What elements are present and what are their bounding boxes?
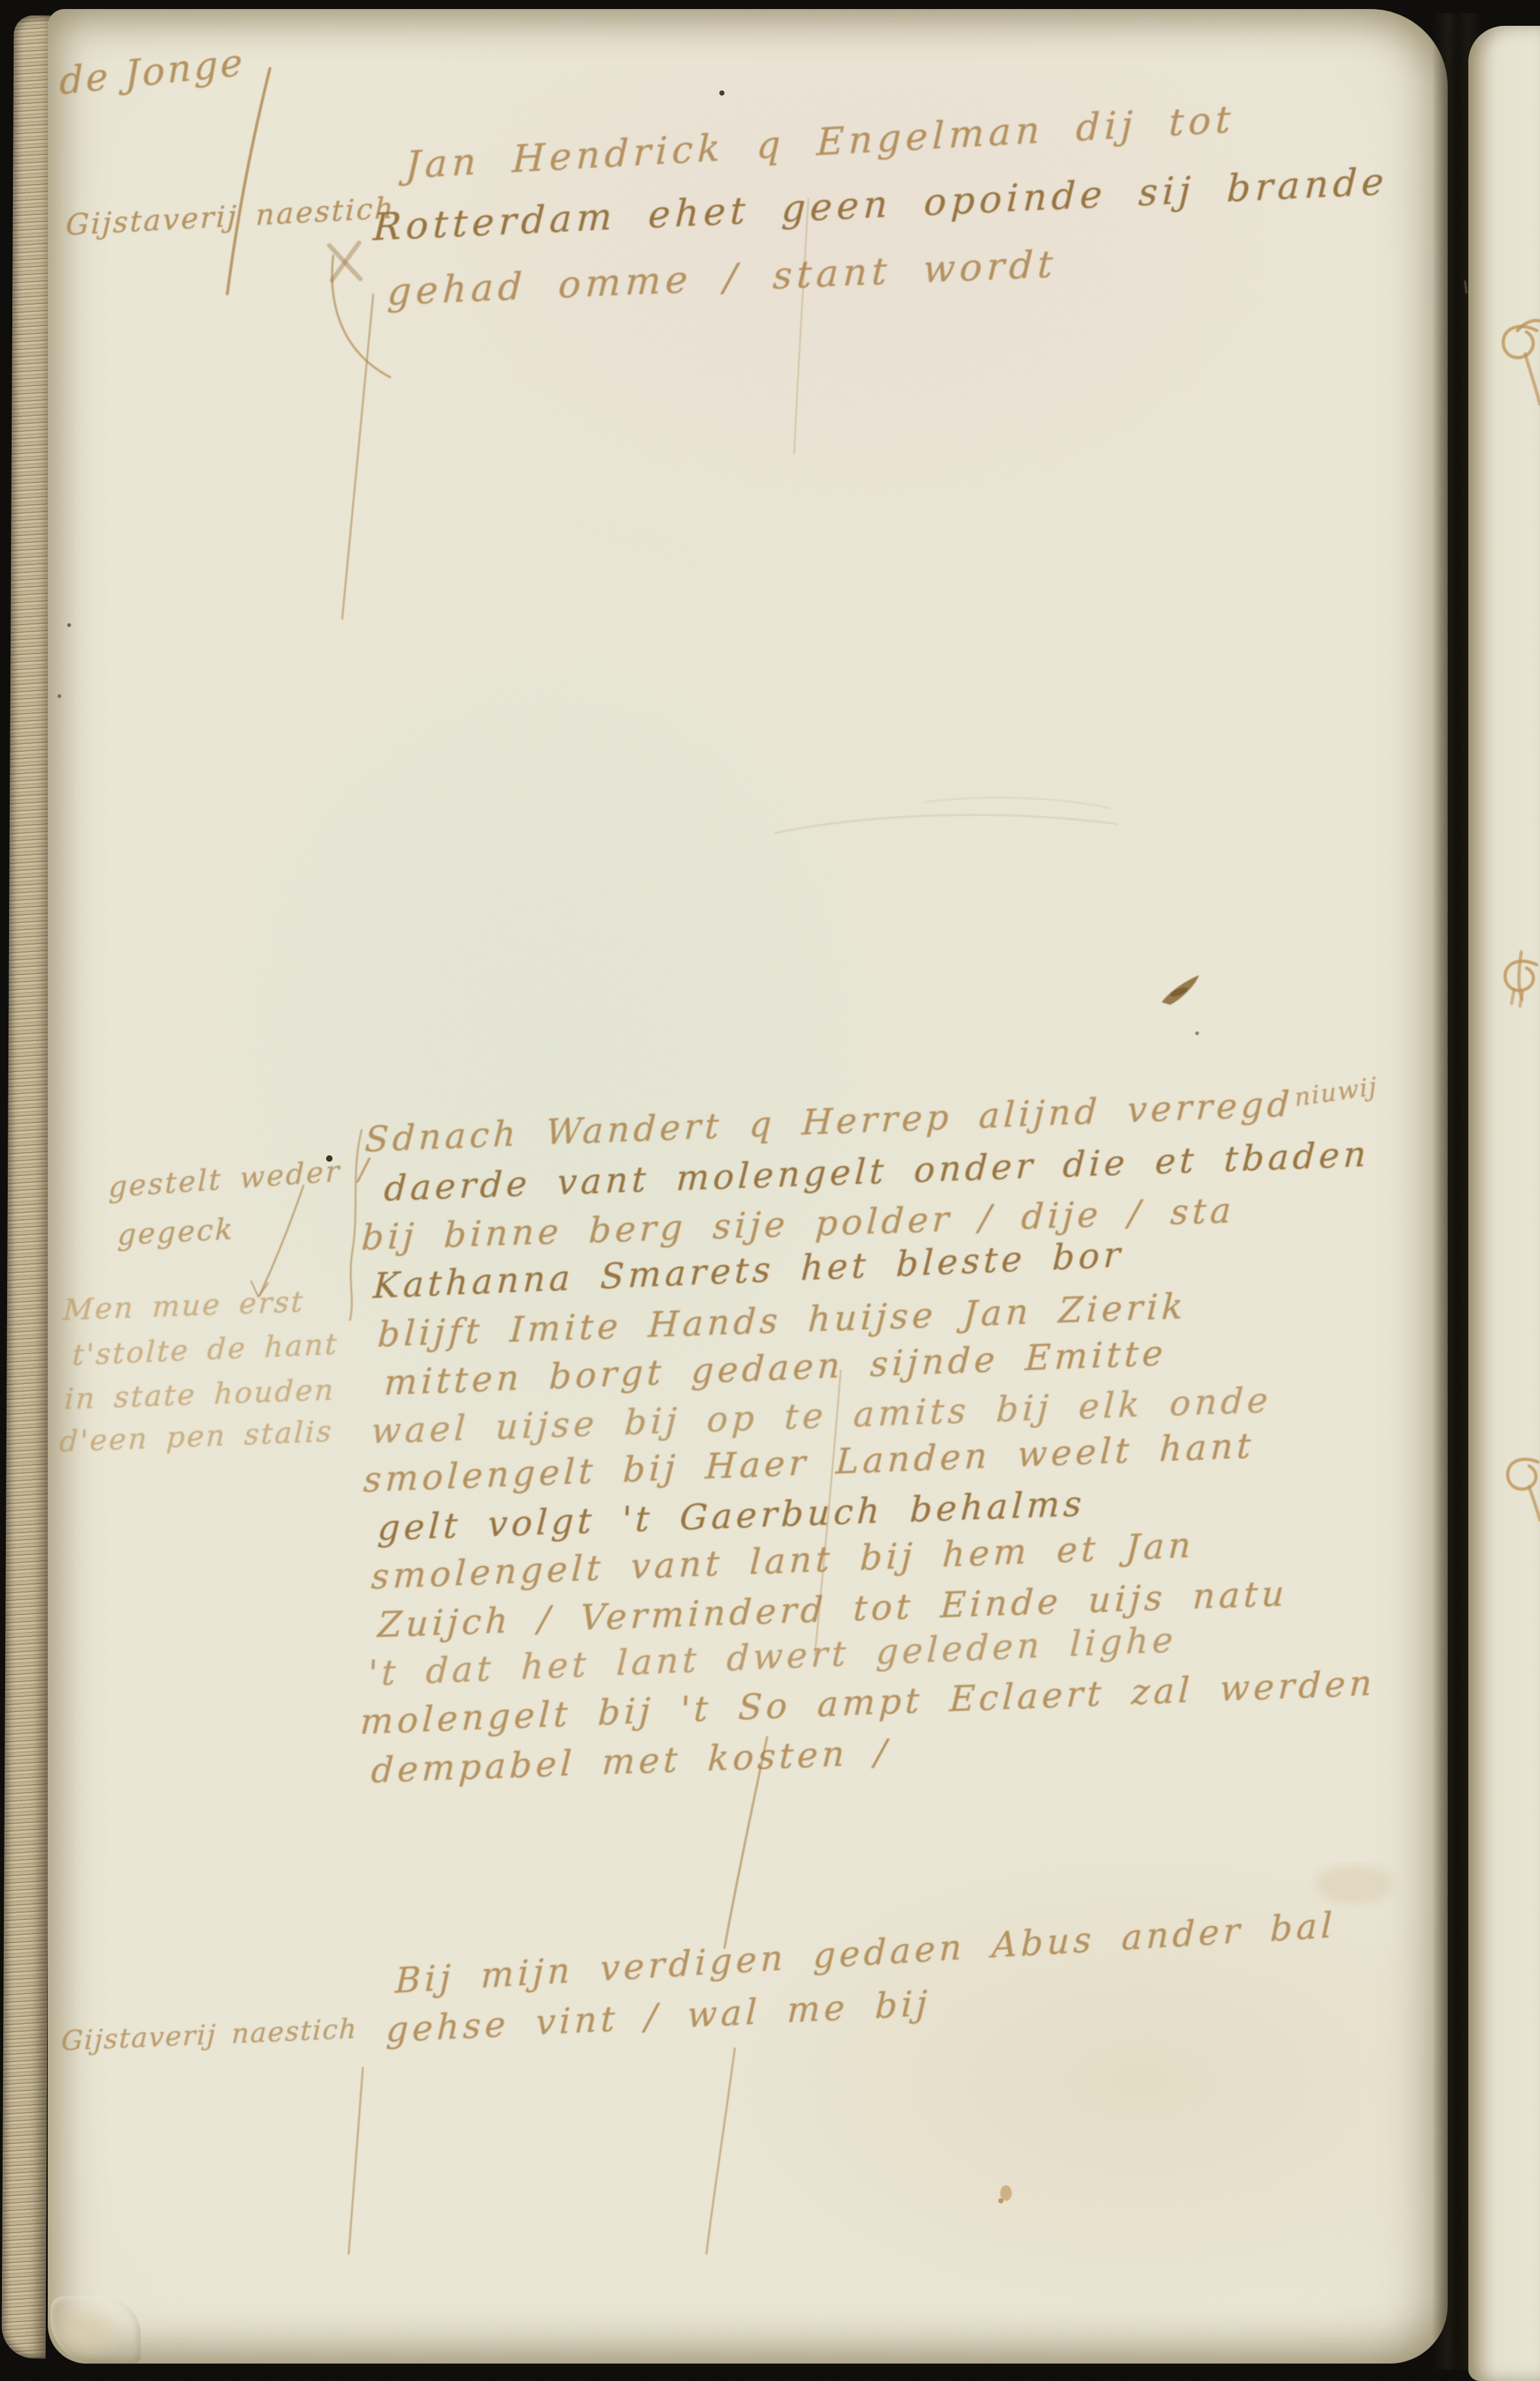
fox-spot (998, 2198, 1003, 2203)
dark-speck (719, 90, 724, 96)
soft-stain (1316, 1865, 1393, 1904)
dark-speck (57, 694, 61, 698)
margin-note: gegeck (117, 1211, 235, 1252)
manuscript-photo: de Jonge Gijstaverij naestich Jan Hendri… (0, 0, 1540, 2381)
dark-speck (67, 623, 71, 627)
gutter-ink-tick (1465, 282, 1466, 293)
cutoff-ink-mark (1503, 327, 1537, 358)
cutoff-ink-mark (1525, 354, 1540, 404)
dark-speck (1195, 1031, 1199, 1035)
cutoff-ink-mark (1508, 1459, 1538, 1489)
cutoff-ink-mark (1512, 989, 1514, 1004)
facing-page-cutoff-ink-marks (1503, 320, 1540, 1520)
cutoff-ink-mark (1529, 1487, 1540, 1520)
